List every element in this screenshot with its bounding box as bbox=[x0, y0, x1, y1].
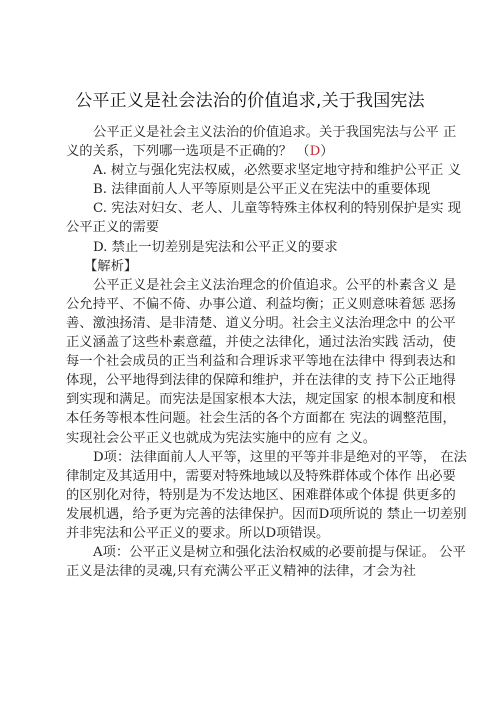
paragraph-line: 正义涵盖了这些朴素意蕴，并使之法律化，通过法治实践 活动，使 bbox=[66, 333, 440, 352]
document-title: 公平正义是社会法治的价值追求,关于我国宪法 bbox=[0, 86, 500, 111]
paragraph-line: 公允持平、不偏不倚、办事公道、利益均衡；正义则意味着惩 恶扬 bbox=[66, 295, 440, 314]
paragraph-line: 到实现和满足。而宪法是国家根本大法，规定国家 的根本制度和根 bbox=[66, 390, 440, 409]
paragraph-line: 本任务等根本性问题。社会生活的各个方面都在 宪法的调整范围， bbox=[66, 409, 440, 428]
paragraph-line: 律制定及其适用中，需要对特殊地域以及特殊群体或个体作 出必要 bbox=[66, 467, 440, 486]
paragraph-line: A项：公平正义是树立和强化法治权威的必要前提与保证。 公平 bbox=[66, 543, 440, 562]
paragraph-line: D项：法律面前人人平等，这里的平等并非是绝对的平等， 在法 bbox=[66, 448, 440, 467]
option-d: D. 禁止一切差别是宪法和公平正义的要求 bbox=[66, 238, 440, 257]
question-close-paren: ） bbox=[320, 144, 333, 159]
paragraph-line: 每一个社会成员的正当利益和合理诉求平等地在法律中 得到表达和 bbox=[66, 352, 440, 371]
paragraph-line: 并非宪法和公平正义的要求。所以D项错误。 bbox=[66, 524, 440, 543]
answer-letter: D bbox=[310, 144, 321, 159]
paragraph-line: 体现，公平地得到法律的保障和维护，并在法律的支 持下公正地得 bbox=[66, 371, 440, 390]
paragraph-line: 发展机遇，给予更为完善的法律保护。因而D项所说的 禁止一切差别 bbox=[66, 505, 440, 524]
analysis-heading: 【解析】 bbox=[66, 257, 440, 276]
paragraph-line: 善、激浊扬清、是非清楚、道义分明。社会主义法治理念中 的公平 bbox=[66, 314, 440, 333]
question-text: 义的关系，下列哪一选项是不正确的？ （ bbox=[66, 144, 310, 159]
paragraph-line: 公平正义是社会主义法治理念的价值追求。公平的朴素含义 是 bbox=[66, 276, 440, 295]
question-line-2: 义的关系，下列哪一选项是不正确的？ （D） bbox=[66, 142, 440, 161]
option-c: C. 宪法对妇女、老人、儿童等特殊主体权利的特别保护是实 现 bbox=[66, 199, 440, 218]
option-c-continued: 公平正义的需要 bbox=[66, 218, 440, 237]
document-body: 公平正义是社会主义法治的价值追求。关于我国宪法与公平 正 义的关系，下列哪一选项… bbox=[66, 123, 440, 581]
option-b: B. 法律面前人人平等原则是公平正义在宪法中的重要体现 bbox=[66, 180, 440, 199]
paragraph-line: 正义是法律的灵魂,只有充满公平正义精神的法律，才会为社 bbox=[66, 562, 440, 581]
paragraph-line: 实现社会公平正义也就成为宪法实施中的应有 之义。 bbox=[66, 429, 440, 448]
question-line-1: 公平正义是社会主义法治的价值追求。关于我国宪法与公平 正 bbox=[66, 123, 440, 142]
paragraph-line: 的区别化对待，特别是为不发达地区、困难群体或个体提 供更多的 bbox=[66, 486, 440, 505]
option-a: A. 树立与强化宪法权威，必然要求坚定地守持和维护公平正 义 bbox=[66, 161, 440, 180]
